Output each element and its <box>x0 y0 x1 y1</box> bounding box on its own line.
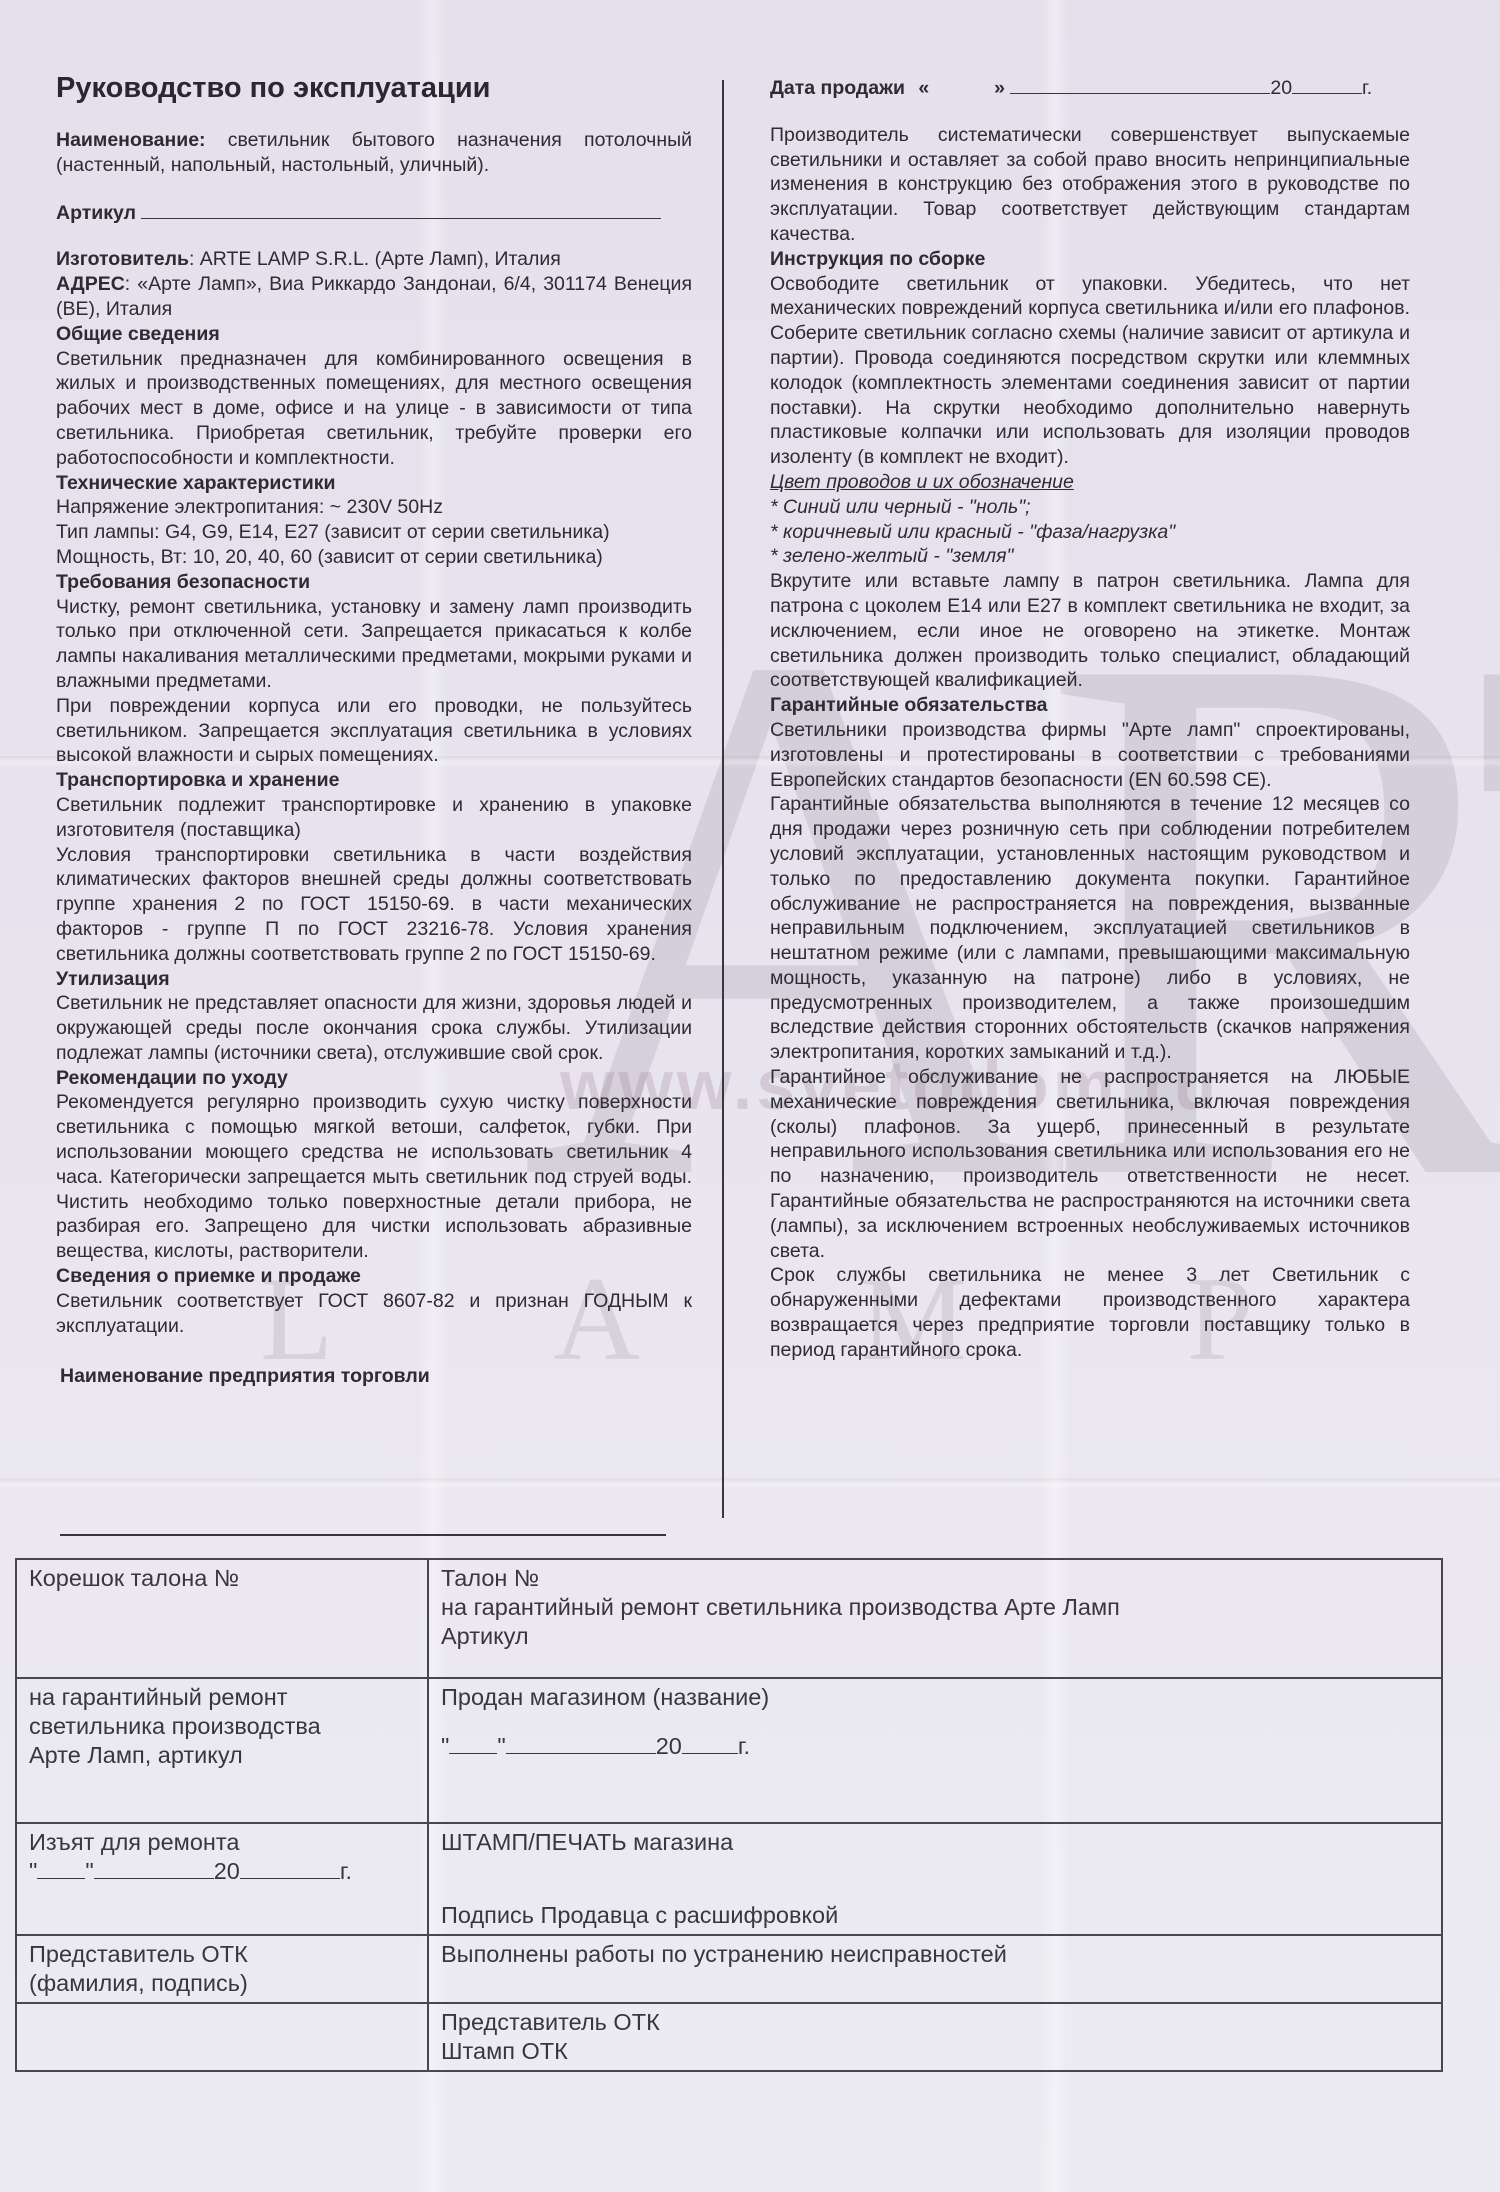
section-paragraph: Рекомендуется регулярно производить суху… <box>56 1090 692 1264</box>
assembly-text: Освободите светильник от упаковки. Убеди… <box>770 272 1410 470</box>
date-quote: " <box>85 1858 93 1884</box>
manufacturer: Изготовитель: ARTE LAMP S.R.L. (Арте Лам… <box>56 247 692 272</box>
column-divider <box>722 80 724 1518</box>
section-paragraph: Тип лампы: G4, G9, E14, E27 (зависит от … <box>56 520 692 545</box>
qc-rep-signature-cell[interactable]: Представитель ОТК (фамилия, подпись) <box>16 1935 428 2003</box>
sale-date-field: Дата продажи « » 20г. <box>770 75 1410 101</box>
section-paragraph: Светильник подлежит транспортировке и хр… <box>56 793 692 843</box>
section-paragraph: При повреждении корпуса или его проводки… <box>56 694 692 768</box>
right-column: Дата продажи « » 20г. Производитель сист… <box>770 75 1410 1363</box>
article-blank-line[interactable] <box>141 200 661 219</box>
qc-rep-label: Представитель ОТК <box>29 1940 415 1969</box>
address: АДРЕС: «Арте Ламп», Виа Риккардо Зандона… <box>56 272 692 322</box>
taken-for-repair-cell[interactable]: Изъят для ремонта ""20г. <box>16 1823 428 1935</box>
coupon-number-label: Талон № <box>441 1564 1429 1593</box>
taken-date-field: ""20г. <box>29 1857 415 1886</box>
coupon-stub-text: Арте Ламп, артикул <box>29 1741 415 1770</box>
trade-enterprise-label: Наименование предприятия торговли <box>60 1364 692 1389</box>
year-blank[interactable] <box>682 1735 738 1754</box>
sale-date-year-prefix: 20 <box>1270 77 1292 99</box>
product-name: Наименование: светильник бытового назнач… <box>56 128 692 178</box>
sale-date-label: Дата продажи <box>770 77 905 99</box>
day-blank[interactable] <box>37 1860 85 1879</box>
taken-for-repair-label: Изъят для ремонта <box>29 1828 415 1857</box>
qc-rep-label: Представитель ОТК <box>441 2008 1429 2037</box>
qc-rep-sublabel: (фамилия, подпись) <box>29 1969 415 1998</box>
year-suffix: г. <box>738 1733 750 1759</box>
sale-date-suffix: г. <box>1362 77 1372 99</box>
warranty-paragraph: Гарантийное обслуживание не распространя… <box>770 1065 1410 1263</box>
section-heading: Технические характеристики <box>56 471 692 496</box>
qc-stamp-cell[interactable]: Представитель ОТК Штамп ОТК <box>428 2003 1442 2071</box>
warranty-paragraph: Светильники производства фирмы "Арте лам… <box>770 718 1410 792</box>
trade-enterprise-blank-line[interactable] <box>60 1534 666 1536</box>
month-blank[interactable] <box>506 1735 656 1754</box>
table-row: Изъят для ремонта ""20г. ШТАМП/ПЕЧАТЬ ма… <box>16 1823 1442 1935</box>
section-heading: Сведения о приемке и продаже <box>56 1264 692 1289</box>
assembly-heading: Инструкция по сборке <box>770 247 1410 272</box>
coupon-purpose-text: на гарантийный ремонт светильника произв… <box>441 1593 1429 1622</box>
section-heading: Транспортировка и хранение <box>56 768 692 793</box>
coupon-article-label: Артикул <box>441 1622 1429 1651</box>
section-paragraph: Светильник не представляет опасности для… <box>56 991 692 1065</box>
article-label: Артикул <box>56 202 136 224</box>
product-name-label: Наименование: <box>56 129 206 151</box>
manufacturer-note: Производитель систематически совершенств… <box>770 123 1410 247</box>
date-quote: " <box>29 1858 37 1884</box>
warranty-paragraph: Гарантийные обязательства выполняются в … <box>770 792 1410 1065</box>
table-row: Представитель ОТК (фамилия, подпись) Вып… <box>16 1935 1442 2003</box>
wire-colors-heading: Цвет проводов и их обозначение <box>770 470 1410 495</box>
sold-by-store-label: Продан магазином (название) <box>441 1683 1429 1712</box>
section-paragraph: Светильник предназначен для комбинирован… <box>56 347 692 471</box>
section-paragraph: Светильник соответствует ГОСТ 8607-82 и … <box>56 1289 692 1339</box>
table-row: на гарантийный ремонт светильника произв… <box>16 1678 1442 1823</box>
wire-color-item: * Синий или черный - "ноль"; <box>770 495 1410 520</box>
wire-color-item: * зелено-желтый - "земля" <box>770 544 1410 569</box>
coupon-stub-text: светильника производства <box>29 1712 415 1741</box>
table-row: Представитель ОТК Штамп ОТК <box>16 2003 1442 2071</box>
repairs-done-cell[interactable]: Выполнены работы по устранению неисправн… <box>428 1935 1442 2003</box>
sold-date-field: ""20г. <box>441 1732 1429 1761</box>
sale-date-year-blank[interactable] <box>1292 75 1362 94</box>
day-blank[interactable] <box>449 1735 497 1754</box>
qc-stamp-label: Штамп ОТК <box>441 2037 1429 2066</box>
left-sections: Общие сведенияСветильник предназначен дл… <box>56 322 692 1339</box>
month-blank[interactable] <box>94 1860 214 1879</box>
sale-date-open-quote: « <box>918 77 929 99</box>
article-field: Артикул <box>56 200 692 226</box>
year-blank[interactable] <box>240 1860 340 1879</box>
date-quote: " <box>441 1733 449 1759</box>
section-heading: Требования безопасности <box>56 570 692 595</box>
store-stamp-cell[interactable]: ШТАМП/ПЕЧАТЬ магазина Подпись Продавца с… <box>428 1823 1442 1935</box>
store-stamp-label: ШТАМП/ПЕЧАТЬ магазина <box>441 1828 1429 1857</box>
sold-by-store-cell[interactable]: Продан магазином (название) ""20г. <box>428 1678 1442 1823</box>
year-prefix: 20 <box>214 1858 240 1884</box>
table-row: Корешок талона № Талон № на гарантийный … <box>16 1559 1442 1678</box>
warranty-heading: Гарантийные обязательства <box>770 693 1410 718</box>
date-quote: " <box>497 1733 505 1759</box>
left-column: Руководство по эксплуатации Наименование… <box>56 70 692 1389</box>
section-paragraph: Мощность, Вт: 10, 20, 40, 60 (зависит от… <box>56 545 692 570</box>
year-prefix: 20 <box>656 1733 682 1759</box>
section-paragraph: Напряжение электропитания: ~ 230V 50Hz <box>56 495 692 520</box>
coupon-stub-number-cell[interactable]: Корешок талона № <box>16 1559 428 1678</box>
manufacturer-label: Изготовитель <box>56 248 189 270</box>
sale-date-month-blank[interactable] <box>1010 75 1270 94</box>
coupon-stub-number-label: Корешок талона № <box>29 1564 415 1593</box>
manufacturer-value: : ARTE LAMP S.R.L. (Арте Ламп), Италия <box>189 248 561 270</box>
section-heading: Рекомендации по уходу <box>56 1066 692 1091</box>
sale-date-close-quote: » <box>994 77 1005 99</box>
page-title: Руководство по эксплуатации <box>56 70 692 106</box>
year-suffix: г. <box>340 1858 352 1884</box>
address-label: АДРЕС <box>56 273 125 295</box>
empty-cell[interactable] <box>16 2003 428 2071</box>
coupon-stub-article-cell[interactable]: на гарантийный ремонт светильника произв… <box>16 1678 428 1823</box>
warranty-paragraph: Срок службы светильника не менее 3 лет С… <box>770 1263 1410 1362</box>
warranty-coupon-table: Корешок талона № Талон № на гарантийный … <box>15 1558 1443 2072</box>
section-paragraph: Условия транспортировки светильника в ча… <box>56 843 692 967</box>
section-heading: Утилизация <box>56 967 692 992</box>
paper-fold <box>0 1478 1500 1490</box>
repairs-done-label: Выполнены работы по устранению неисправн… <box>441 1940 1429 1969</box>
address-value: : «Арте Ламп», Виа Риккардо Зандонаи, 6/… <box>56 273 692 320</box>
section-heading: Общие сведения <box>56 322 692 347</box>
coupon-number-cell[interactable]: Талон № на гарантийный ремонт светильник… <box>428 1559 1442 1678</box>
wire-color-item: * коричневый или красный - "фаза/нагрузк… <box>770 520 1410 545</box>
seller-signature-label: Подпись Продавца с расшифровкой <box>441 1901 1429 1930</box>
coupon-stub-text: на гарантийный ремонт <box>29 1683 415 1712</box>
section-paragraph: Чистку, ремонт светильника, установку и … <box>56 595 692 694</box>
lamp-install-text: Вкрутите или вставьте лампу в патрон све… <box>770 569 1410 693</box>
